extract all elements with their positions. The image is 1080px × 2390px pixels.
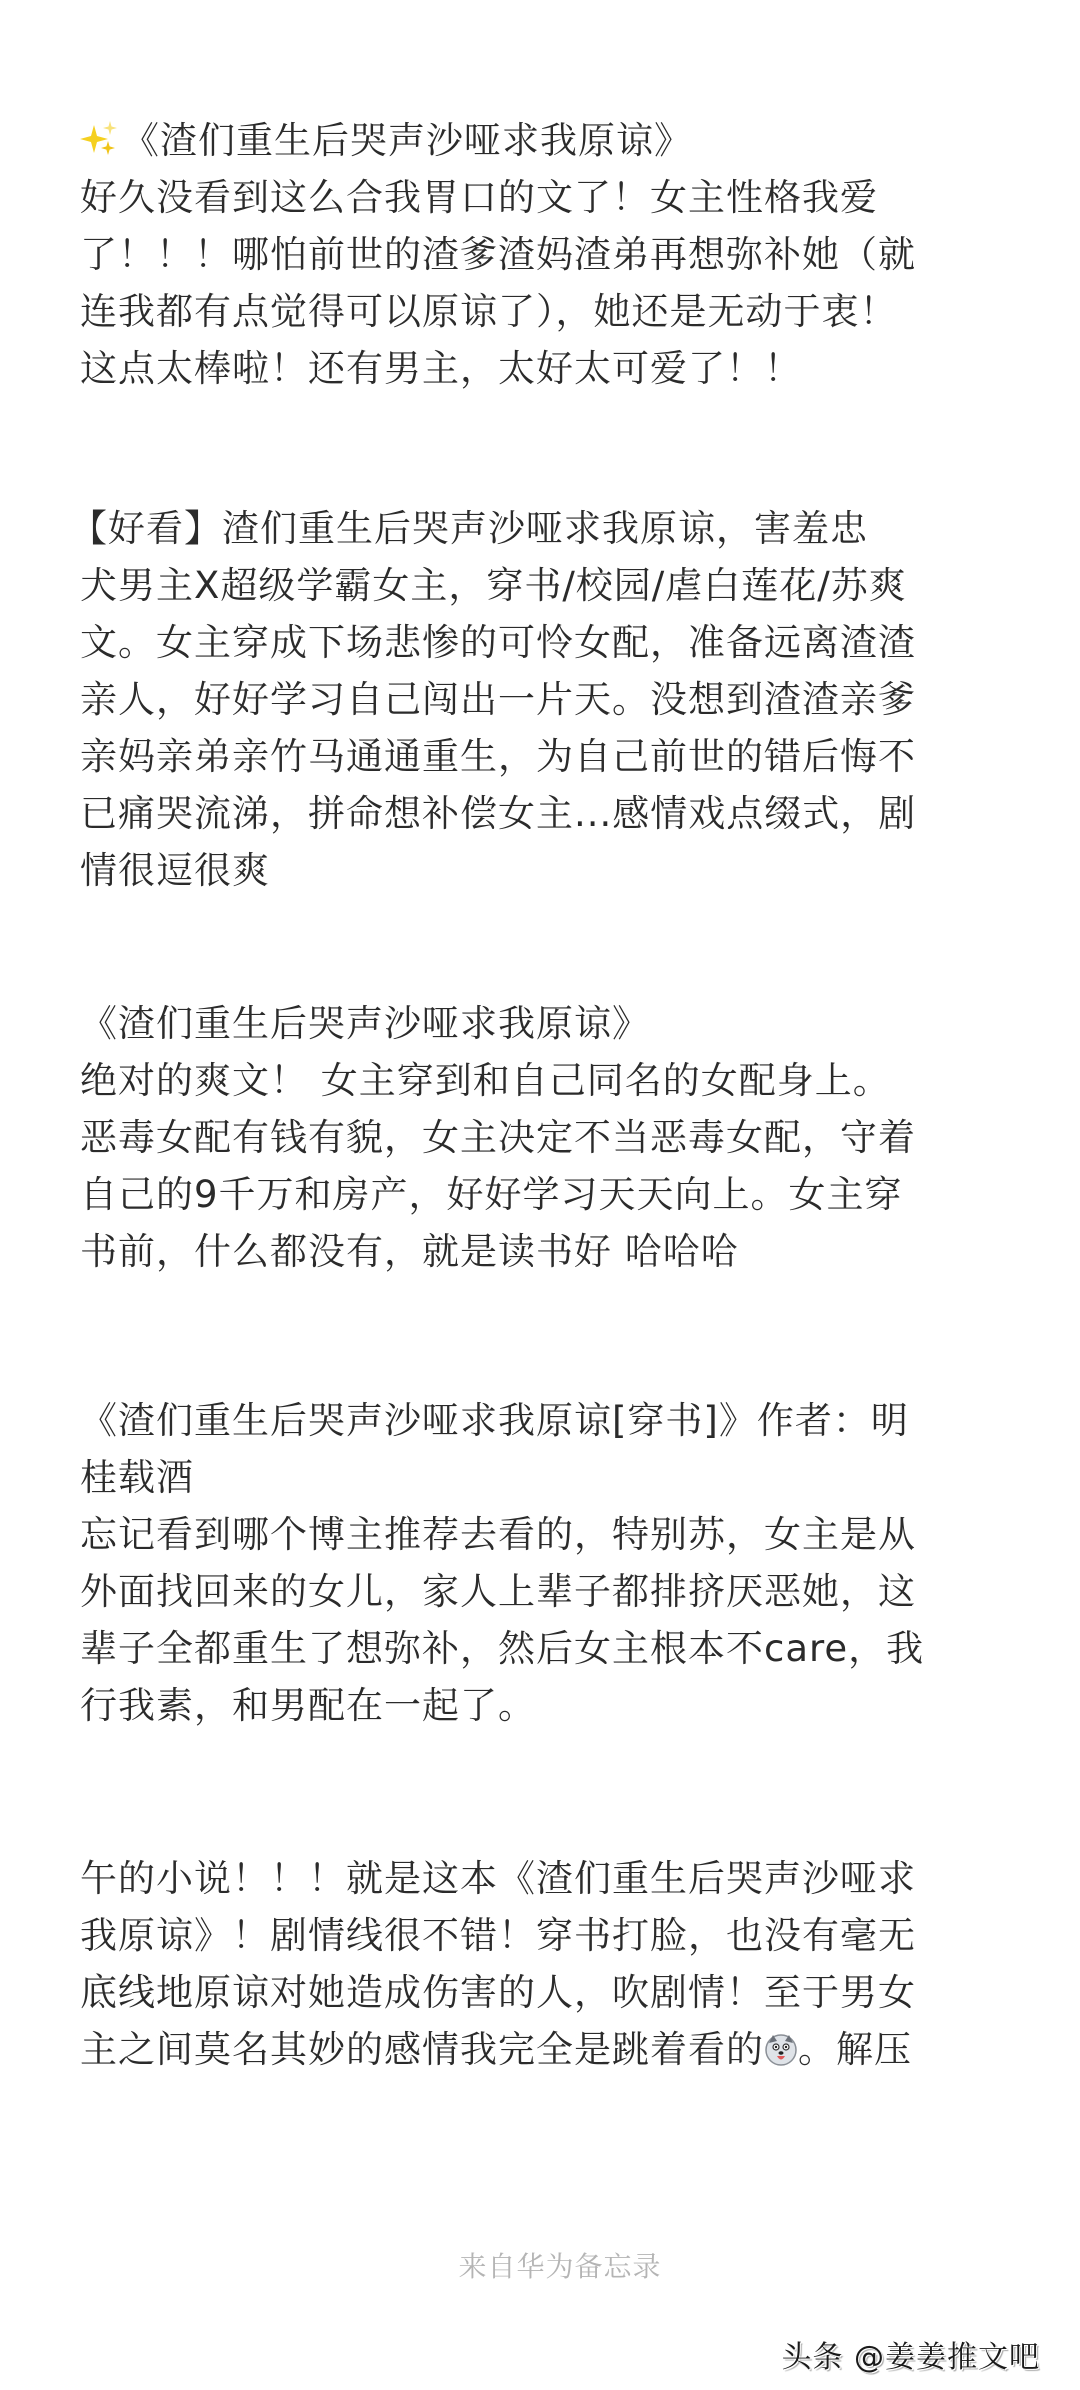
- review-title-line: 《渣们重生后哭声沙哑求我原谅》: [80, 112, 1000, 169]
- review-title-line: 《渣们重生后哭声沙哑求我原谅》: [80, 995, 1000, 1052]
- review-block-4: 《渣们重生后哭声沙哑求我原谅[穿书]》作者：明 桂载酒 忘记看到哪个博主推荐去看…: [80, 1392, 1000, 1734]
- sparkles-icon: [80, 119, 120, 159]
- review-text-line: 这点太棒啦！还有男主，太好太可爱了！！: [80, 340, 1000, 397]
- review-block-1: 《渣们重生后哭声沙哑求我原谅》 好久没看到这么合我胃口的文了！女主性格我爱 了！…: [80, 112, 1000, 397]
- review-block-2: 【好看】渣们重生后哭声沙哑求我原谅，害羞忠 犬男主X超级学霸女主，穿书/校园/虐…: [70, 500, 990, 899]
- toutiao-watermark: 头条 @姜姜推文吧: [781, 2332, 1040, 2376]
- review-block-5: 午的小说！！！就是这本《渣们重生后哭声沙哑求 我原谅》！剧情线很不错！穿书打脸，…: [80, 1850, 1000, 2078]
- review-text-line: 外面找回来的女儿，家人上辈子都排挤厌恶她，这: [80, 1563, 1000, 1620]
- memo-source-footer: 来自华为备忘录: [0, 2245, 1080, 2285]
- review-text-line: 绝对的爽文！ 女主穿到和自己同名的女配身上。: [80, 1052, 1000, 1109]
- review-text-line: 主之间莫名其妙的感情我完全是跳着看的 。解压: [80, 2021, 1000, 2078]
- review-title-line: 《渣们重生后哭声沙哑求我原谅[穿书]》作者：明: [80, 1392, 1000, 1449]
- review-text-line: 好久没看到这么合我胃口的文了！女主性格我爱: [80, 169, 1000, 226]
- review-text-line: 犬男主X超级学霸女主，穿书/校园/虐白莲花/苏爽: [70, 557, 990, 614]
- review-text-line: 午的小说！！！就是这本《渣们重生后哭声沙哑求: [80, 1850, 1000, 1907]
- review-text-line: 文。女主穿成下场悲惨的可怜女配，准备远离渣渣: [70, 614, 990, 671]
- review-text-line: 行我素，和男配在一起了。: [80, 1677, 1000, 1734]
- review-text-line: 已痛哭流涕，拼命想补偿女主...感情戏点缀式，剧: [70, 785, 990, 842]
- review-text-line: 了！！！哪怕前世的渣爹渣妈渣弟再想弥补她（就: [80, 226, 1000, 283]
- review-text-line: 亲妈亲弟亲竹马通通重生，为自己前世的错后悔不: [70, 728, 990, 785]
- review-text-line: 【好看】渣们重生后哭声沙哑求我原谅，害羞忠: [70, 500, 990, 557]
- review-text-line: 恶毒女配有钱有貌，女主决定不当恶毒女配，守着: [80, 1109, 1000, 1166]
- review-text-line: 自己的9千万和房产，好好学习天天向上。女主穿: [80, 1166, 1000, 1223]
- review-text-line: 亲人，好好学习自己闯出一片天。没想到渣渣亲爹: [70, 671, 990, 728]
- review-text-line: 底线地原谅对她造成伤害的人，吹剧情！至于男女: [80, 1964, 1000, 2021]
- review-text-line: 忘记看到哪个博主推荐去看的，特别苏，女主是从: [80, 1506, 1000, 1563]
- review-text-line: 我原谅》！剧情线很不错！穿书打脸，也没有毫无: [80, 1907, 1000, 1964]
- review-text-line: 书前，什么都没有，就是读书好 哈哈哈: [80, 1223, 1000, 1280]
- review-block-3: 《渣们重生后哭声沙哑求我原谅》 绝对的爽文！ 女主穿到和自己同名的女配身上。 恶…: [80, 995, 1000, 1280]
- review-text-line: 桂载酒: [80, 1449, 1000, 1506]
- review-text-line: 情很逗很爽: [70, 842, 990, 899]
- review-text-line: 连我都有点觉得可以原谅了），她还是无动于衷！: [80, 283, 1000, 340]
- review-text-line: 辈子全都重生了想弥补，然后女主根本不care，我: [80, 1620, 1000, 1677]
- husky-face-emoji-icon: [764, 2033, 798, 2067]
